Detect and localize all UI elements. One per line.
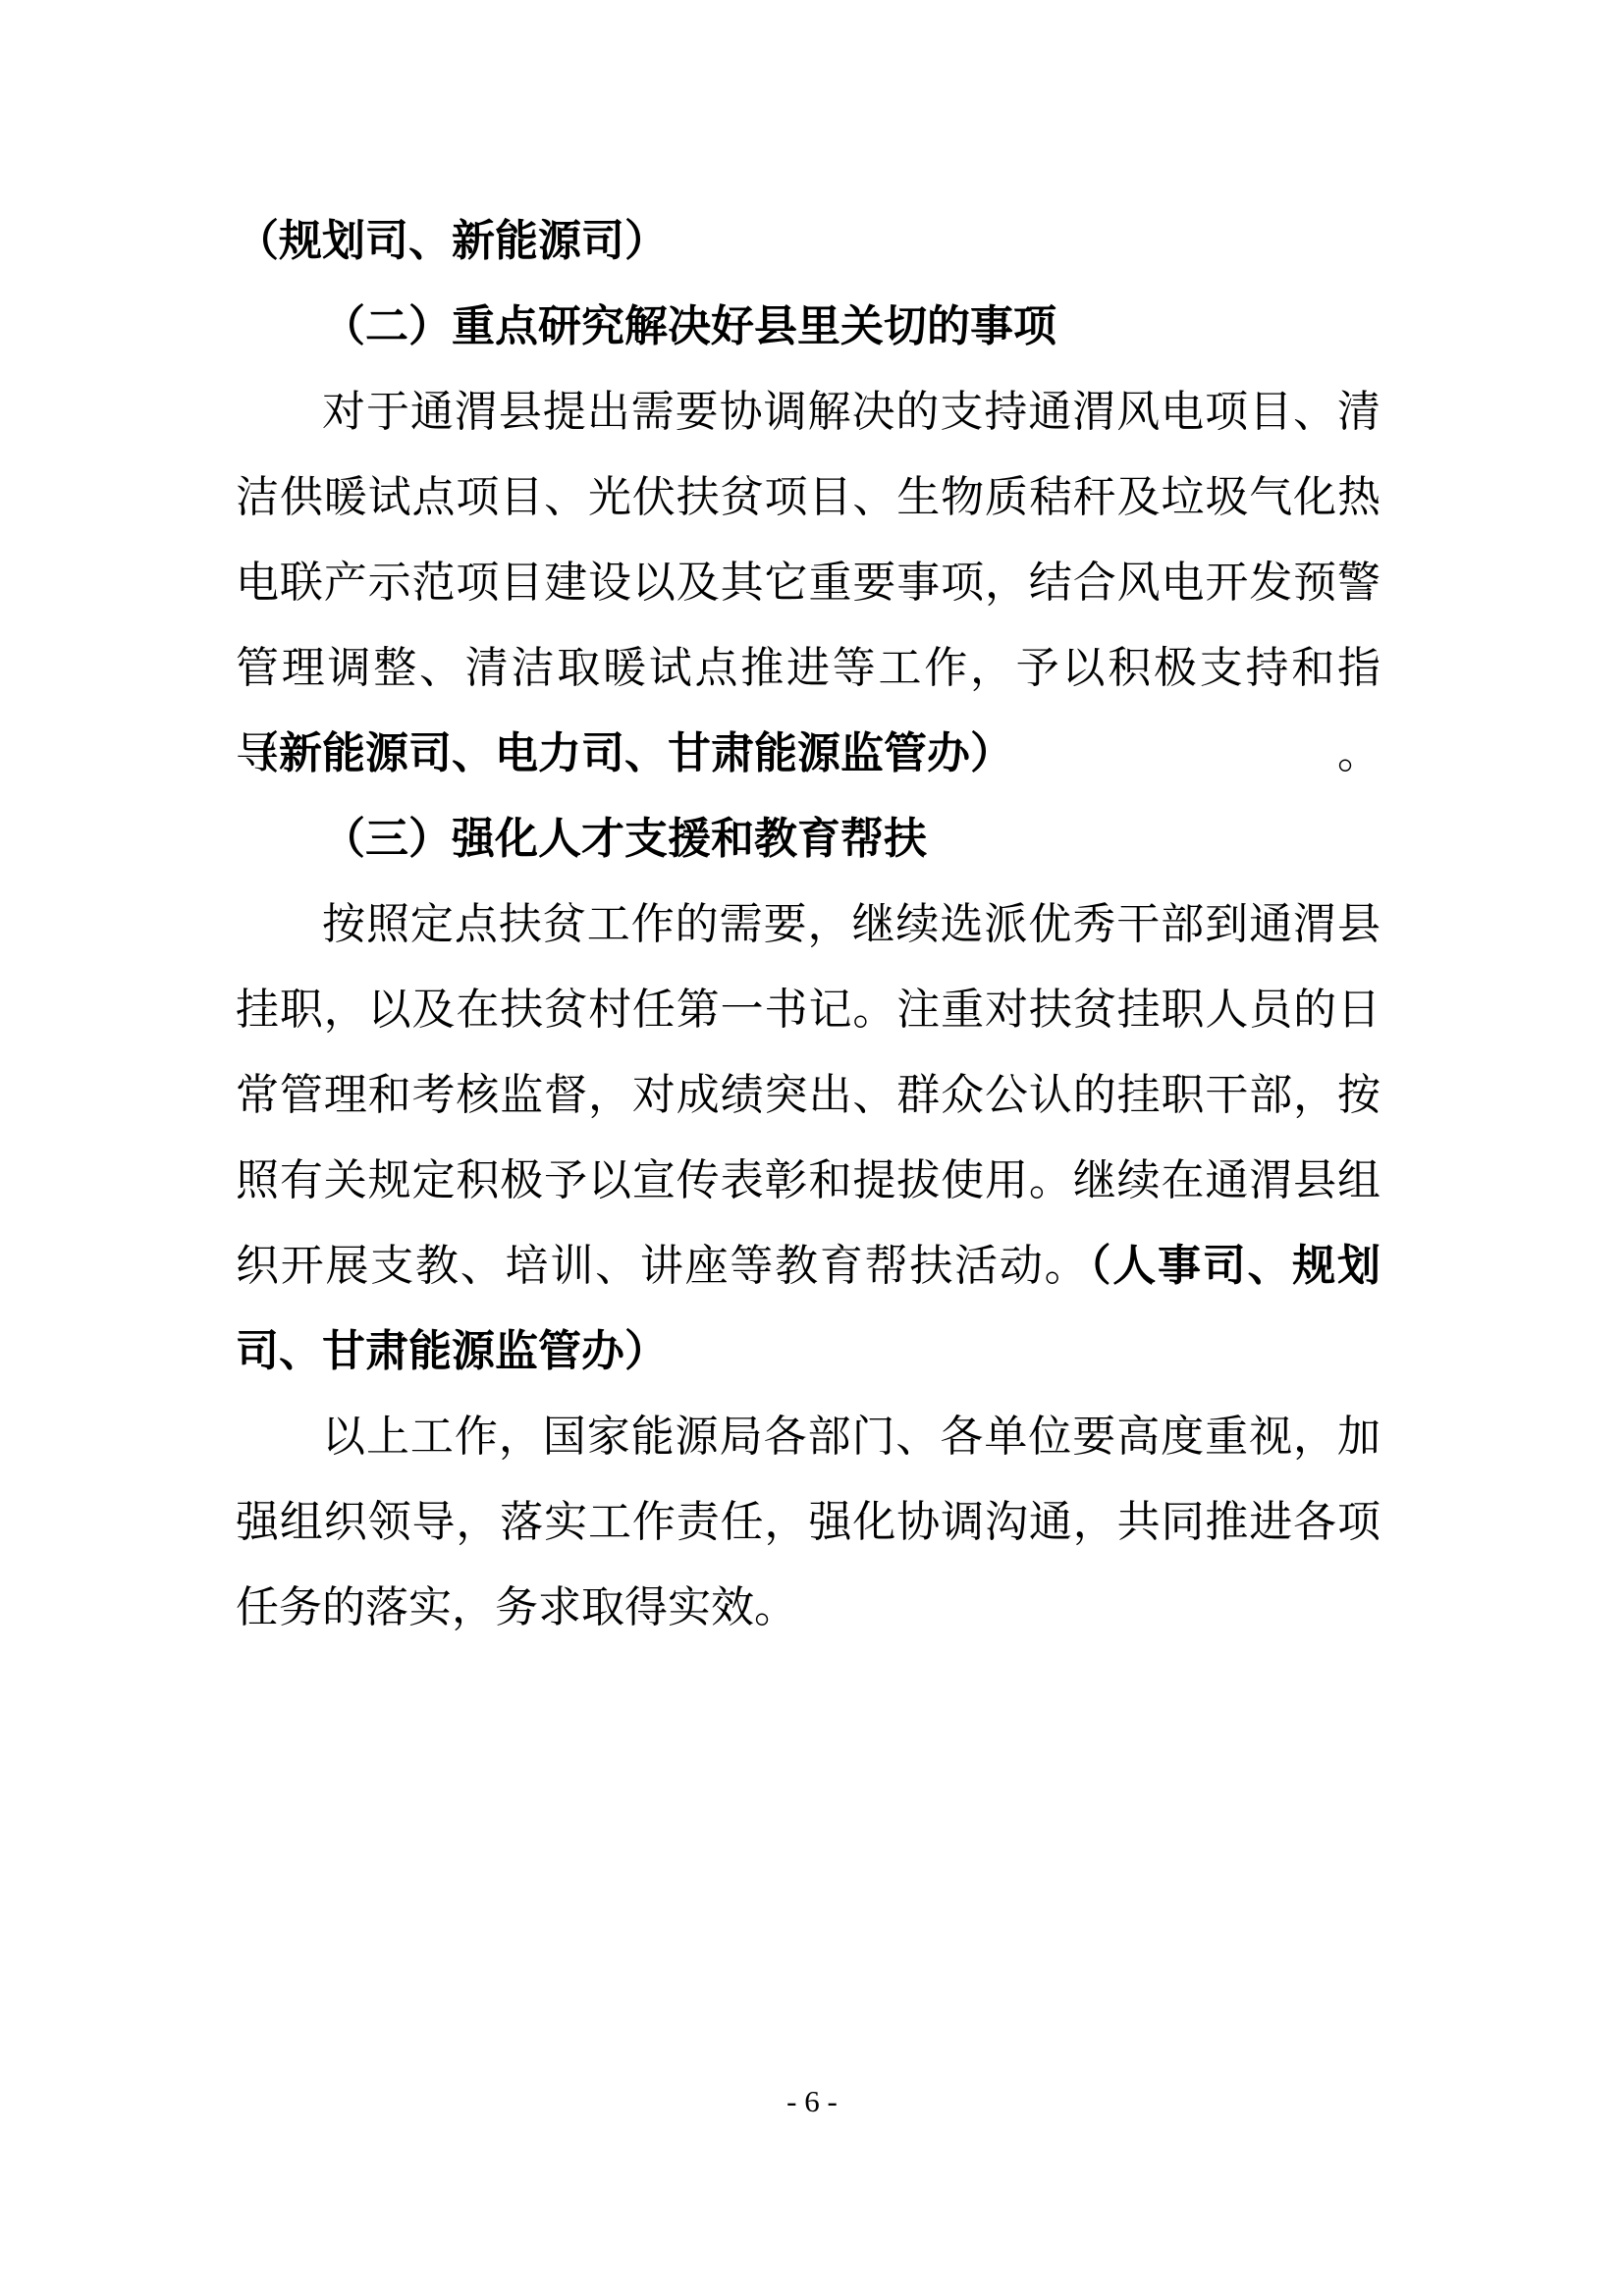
- bold-text-segment: 司、甘肃能源监管办）: [236, 1327, 668, 1375]
- text-segment: 对于通渭县提出需要协调解决的支持通渭风电项目、清: [322, 388, 1380, 436]
- text-line-1: （规划司、新能源司）: [236, 198, 1380, 284]
- document-page: （规划司、新能源司）（二）重点研究解决好县里关切的事项对于通渭县提出需要协调解决…: [0, 0, 1624, 2296]
- text-segment: 电联产示范项目建设以及其它重要事项，结合风电开发预警: [236, 559, 1380, 607]
- text-line-3: 对于通渭县提出需要协调解决的支持通渭风电项目、清: [236, 369, 1380, 454]
- text-line-15: 以上工作，国家能源局各部门、各单位要高度重视，加: [236, 1394, 1380, 1479]
- bold-text-segment: （二）重点研究解决好县里关切的事项: [322, 302, 1056, 350]
- text-segment: 常管理和考核监督，对成绩突出、群众公认的挂职干部，按: [236, 1071, 1380, 1119]
- text-line-6: 管理调整、清洁取暖试点推进等工作，予以积极支持和指导。: [236, 625, 1380, 711]
- bold-text-segment: （人事司、规划: [1089, 1242, 1380, 1290]
- text-line-9: 按照定点扶贫工作的需要，继续选派优秀干部到通渭县: [236, 881, 1380, 967]
- text-line-4: 洁供暖试点项目、光伏扶贫项目、生物质秸秆及垃圾气化热: [236, 454, 1380, 540]
- text-line-8: （三）强化人才支援和教育帮扶: [236, 796, 1380, 881]
- text-segment: 照有关规定积极予以宣传表彰和提拔使用。继续在通渭县组: [236, 1156, 1380, 1204]
- text-line-5: 电联产示范项目建设以及其它重要事项，结合风电开发预警: [236, 540, 1380, 625]
- text-line-10: 挂职，以及在扶贫村任第一书记。注重对扶贫挂职人员的日: [236, 967, 1380, 1052]
- text-line-2: （二）重点研究解决好县里关切的事项: [236, 284, 1380, 369]
- text-line-13: 织开展支教、培训、讲座等教育帮扶活动。（人事司、规划: [236, 1223, 1380, 1308]
- bold-text-segment: （规划司、新能源司）: [236, 217, 668, 265]
- text-segment: 任务的落实，务求取得实效。: [236, 1583, 797, 1631]
- text-segment: 挂职，以及在扶贫村任第一书记。注重对扶贫挂职人员的日: [236, 986, 1380, 1034]
- text-segment: 织开展支教、培训、讲座等教育帮扶活动。: [236, 1242, 1089, 1290]
- document-body: （规划司、新能源司）（二）重点研究解决好县里关切的事项对于通渭县提出需要协调解决…: [236, 198, 1380, 1650]
- bold-text-segment: （新能源司、电力司、甘肃能源监管办）: [236, 729, 1013, 777]
- text-segment: 强组织领导，落实工作责任，强化协调沟通，共同推进各项: [236, 1498, 1380, 1546]
- text-segment: 以上工作，国家能源局各部门、各单位要高度重视，加: [322, 1413, 1380, 1461]
- page-number: - 6 -: [0, 2082, 1624, 2121]
- text-line-16: 强组织领导，落实工作责任，强化协调沟通，共同推进各项: [236, 1479, 1380, 1565]
- text-line-12: 照有关规定积极予以宣传表彰和提拔使用。继续在通渭县组: [236, 1138, 1380, 1223]
- text-segment: 洁供暖试点项目、光伏扶贫项目、生物质秸秆及垃圾气化热: [236, 473, 1380, 521]
- text-line-17: 任务的落实，务求取得实效。: [236, 1565, 1380, 1650]
- text-segment: 按照定点扶贫工作的需要，继续选派优秀干部到通渭县: [322, 900, 1380, 948]
- text-line-11: 常管理和考核监督，对成绩突出、群众公认的挂职干部，按: [236, 1052, 1380, 1138]
- text-line-14: 司、甘肃能源监管办）: [236, 1308, 1380, 1394]
- bold-text-segment: （三）强化人才支援和教育帮扶: [322, 815, 927, 863]
